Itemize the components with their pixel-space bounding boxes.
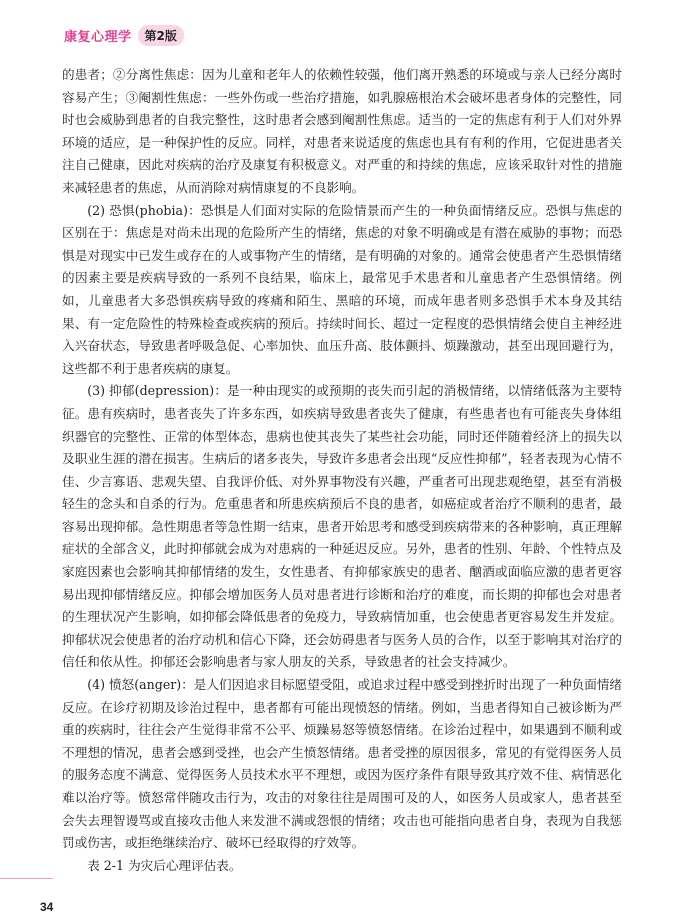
footer-rule <box>0 878 53 879</box>
paragraph-anger: (4) 愤怒(anger)：是人们因追求目标愿望受阻，或追求过程中感受到挫折时出… <box>62 674 622 855</box>
edition-badge: 第2版 <box>138 25 184 46</box>
paragraph-depression: (3) 抑郁(depression)：是一种由现实的或预期的丧失而引起的消极情绪… <box>62 380 622 674</box>
paragraph-anxiety-continued: 的患者；②分离性焦虑：因为儿童和老年人的依赖性较强，他们离开熟悉的环境或与亲人已… <box>62 64 622 200</box>
book-title: 康复心理学 <box>64 26 132 45</box>
page-body: 的患者；②分离性焦虑：因为儿童和老年人的依赖性较强，他们离开熟悉的环境或与亲人已… <box>62 64 622 877</box>
page-number: 34 <box>40 900 53 914</box>
running-header: 康复心理学 第2版 <box>64 25 184 46</box>
paragraph-table-reference: 表 2-1 为灾后心理评估表。 <box>62 855 622 878</box>
paragraph-phobia: (2) 恐惧(phobia)：恐惧是人们面对实际的危险情景而产生的一种负面情绪反… <box>62 200 622 381</box>
